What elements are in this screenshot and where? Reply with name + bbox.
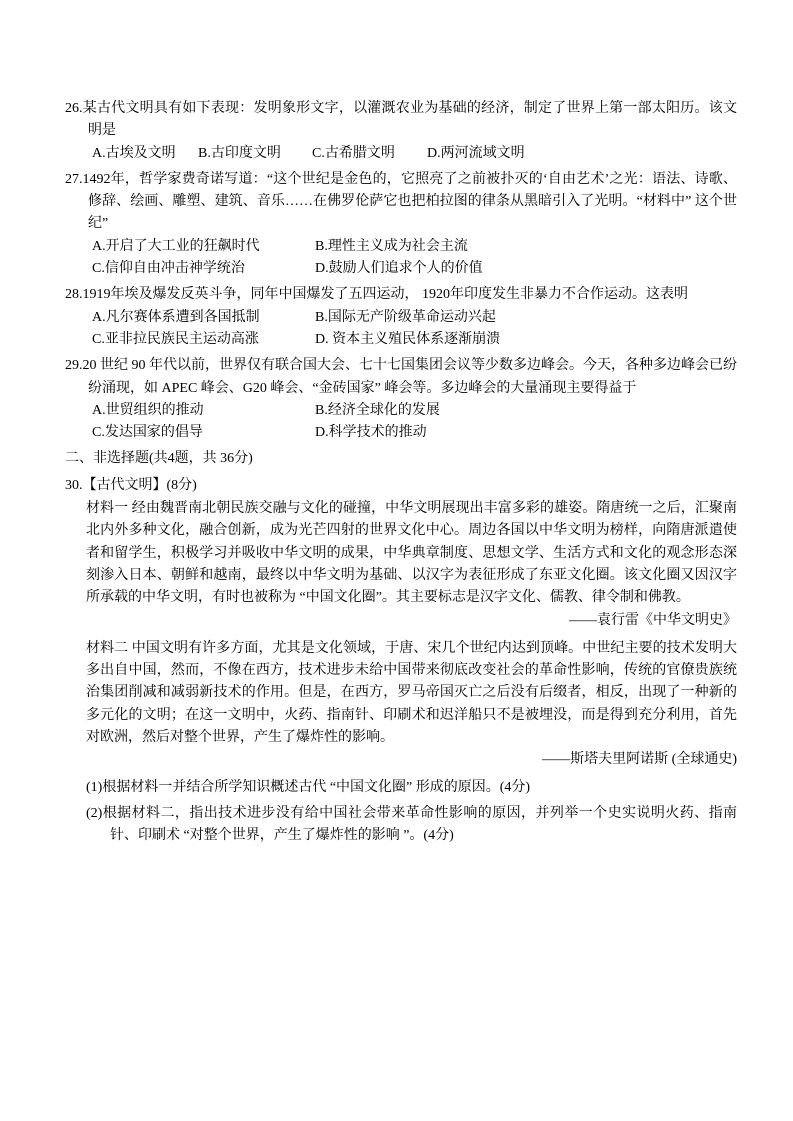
question-28-option-b: B.国际无产阶级革命运动兴起 (315, 307, 737, 329)
question-27-number: 27. (65, 172, 83, 187)
material-2-text: 材料二 中国文明有许多方面，尤其是文化领域，于唐、宋几个世纪内达到顶峰。中世纪主… (86, 638, 737, 749)
question-27-option-b: B.理性主义成为社会主流 (315, 236, 737, 258)
question-30-number: 30. (65, 478, 83, 493)
question-28-stem: 28.1919年埃及爆发反英斗争，同年中国爆发了五四运动， 1920年印度发生非… (65, 284, 737, 306)
question-27-option-a: A.开启了大工业的狂飙时代 (92, 236, 315, 258)
question-30-heading: 30.【古代文明】(8分) (65, 475, 737, 497)
question-29-text: 20 世纪 90 年代以前，世界仅有联合国大会、七十七国集团会议等少数多边峰会。… (83, 358, 738, 395)
question-27-stem: 27.1492年，哲学家费奇诺写道：“这个世纪是金色的，它照亮了之前被扑灭的‘自… (65, 169, 737, 236)
material-2: 材料二 中国文明有许多方面，尤其是文化领域，于唐、宋几个世纪内达到顶峰。中世纪主… (86, 638, 737, 772)
question-29: 29.20 世纪 90 年代以前，世界仅有联合国大会、七十七国集团会议等少数多边… (65, 355, 737, 444)
material-1: 材料一 经由魏晋南北朝民族交融与文化的碰撞，中华文明展现出丰富多彩的雄姿。隋唐统… (86, 498, 737, 632)
question-29-option-a: A.世贸组织的推动 (92, 400, 315, 422)
material-1-source: ——袁行雷《中华文明史》 (86, 610, 737, 632)
question-26-options: A.古埃及文明 B.古印度文明 C.古希腊文明 D.两河流域文明 (92, 143, 737, 165)
question-29-option-c: C.发达国家的倡导 (92, 422, 315, 444)
question-26-option-c: C.古希腊文明 (312, 143, 427, 165)
question-29-stem: 29.20 世纪 90 年代以前，世界仅有联合国大会、七十七国集团会议等少数多边… (65, 355, 737, 400)
question-29-option-d: D.科学技术的推动 (315, 422, 737, 444)
question-28: 28.1919年埃及爆发反英斗争，同年中国爆发了五四运动， 1920年印度发生非… (65, 284, 737, 351)
question-26: 26.某古代文明具有如下表现：发明象形文字，以灌溉农业为基础的经济，制定了世界上… (65, 98, 737, 165)
question-28-option-c: C.亚非拉民族民主运动高涨 (92, 329, 315, 351)
question-30-subquestion-2: (2)根据材料二，指出技术进步没有给中国社会带来革命性影响的原因，并列举一个史实… (86, 803, 737, 848)
question-27: 27.1492年，哲学家费奇诺写道：“这个世纪是金色的，它照亮了之前被扑灭的‘自… (65, 169, 737, 280)
question-28-option-d: D. 资本主义殖民体系逐渐崩溃 (315, 329, 737, 351)
question-30-subquestion-1: (1)根据材料一并结合所学知识概述古代 “中国文化圈” 形成的原因。(4分) (86, 777, 737, 799)
question-27-option-d: D.鼓励人们追求个人的价值 (315, 258, 737, 280)
question-27-option-c: C.信仰自由冲击神学统治 (92, 258, 315, 280)
question-28-number: 28. (65, 287, 83, 302)
question-28-option-a: A.凡尔赛体系遭到各国抵制 (92, 307, 315, 329)
material-1-text: 材料一 经由魏晋南北朝民族交融与文化的碰撞，中华文明展现出丰富多彩的雄姿。隋唐统… (86, 498, 737, 609)
question-29-option-b: B.经济全球化的发展 (315, 400, 737, 422)
question-29-options: A.世贸组织的推动 B.经济全球化的发展 C.发达国家的倡导 D.科学技术的推动 (92, 400, 737, 445)
question-27-options: A.开启了大工业的狂飙时代 B.理性主义成为社会主流 C.信仰自由冲击神学统治 … (92, 236, 737, 281)
question-28-text: 1919年埃及爆发反英斗争，同年中国爆发了五四运动， 1920年印度发生非暴力不… (83, 287, 689, 302)
question-26-text: 某古代文明具有如下表现：发明象形文字，以灌溉农业为基础的经济，制定了世界上第一部… (83, 101, 738, 138)
question-30-title: 【古代文明】(8分) (83, 478, 197, 493)
section-2-title: 二、非选择题(共4题，共 36分) (65, 448, 737, 470)
question-30: 30.【古代文明】(8分) 材料一 经由魏晋南北朝民族交融与文化的碰撞，中华文明… (65, 475, 737, 848)
exam-document: 26.某古代文明具有如下表现：发明象形文字，以灌溉农业为基础的经济，制定了世界上… (65, 98, 737, 848)
question-29-number: 29. (65, 358, 83, 373)
question-28-options: A.凡尔赛体系遭到各国抵制 B.国际无产阶级革命运动兴起 C.亚非拉民族民主运动… (92, 307, 737, 352)
question-27-text: 1492年，哲学家费奇诺写道：“这个世纪是金色的，它照亮了之前被扑灭的‘自由艺术… (83, 172, 738, 232)
question-26-option-b: B.古印度文明 (198, 143, 312, 165)
question-26-option-d: D.两河流域文明 (427, 143, 737, 165)
material-2-source: ——斯塔夫里阿诺斯 (全球通史) (86, 749, 737, 771)
question-26-option-a: A.古埃及文明 (92, 143, 198, 165)
question-26-number: 26. (65, 101, 83, 116)
question-26-stem: 26.某古代文明具有如下表现：发明象形文字，以灌溉农业为基础的经济，制定了世界上… (65, 98, 737, 143)
